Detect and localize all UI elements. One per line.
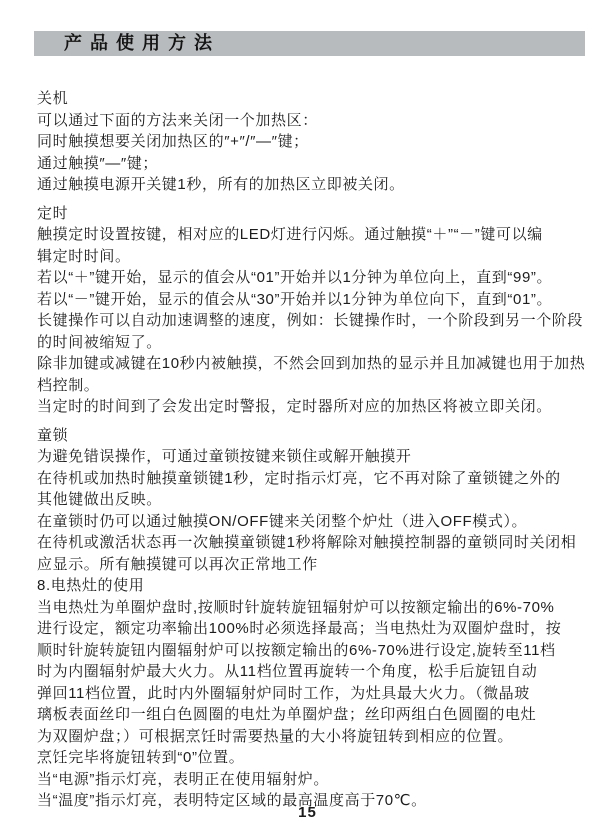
page-content: 关机 可以通过下面的方法来关闭一个加热区： 同时触摸想要关闭加热区的″+″/″—… xyxy=(37,88,615,812)
text-line: 触摸定时设置按键，相对应的LED灯进行闪烁。通过触摸“＋”“－”键可以编 xyxy=(37,224,615,246)
text-line: 为避免错误操作，可通过童锁按键来锁住或解开触摸开 xyxy=(37,446,615,468)
text-line: 通过触摸电源开关键1秒，所有的加热区立即被关闭。 xyxy=(37,174,615,196)
text-line: 在待机或激活状态再一次触摸童锁键1秒将解除对触摸控制器的童锁同时关闭相 xyxy=(37,532,615,554)
text-line: 的时间被缩短了。 xyxy=(37,332,615,354)
text-line: 通过触摸″—″键； xyxy=(37,153,615,175)
text-line: 可以通过下面的方法来关闭一个加热区： xyxy=(37,110,615,132)
text-line: 在童锁时仍可以通过触摸ON/OFF键来关闭整个炉灶（进入OFF模式）。 xyxy=(37,511,615,533)
text-line: 璃板表面丝印一组白色圆圈的电灶为单圈炉盘；丝印两组白色圆圈的电灶 xyxy=(37,704,615,726)
text-line: 烹饪完毕将旋钮转到“0”位置。 xyxy=(37,747,615,769)
text-line: 当“电源”指示灯亮，表明正在使用辐射炉。 xyxy=(37,769,615,791)
text-line: 为双圈炉盘；）可根据烹饪时需要热量的大小将旋钮转到相应的位置。 xyxy=(37,726,615,748)
text-line: 顺时针旋转旋钮内圈辐射炉可以按额定输出的6%-70%进行设定,旋转至11档 xyxy=(37,640,615,662)
page-number: 15 xyxy=(0,804,615,821)
section-timer-heading: 定时 xyxy=(37,203,615,225)
text-line: 长键操作可以自动加速调整的速度，例如：长键操作时，一个阶段到另一个阶段 xyxy=(37,310,615,332)
section-timer: 定时 触摸定时设置按键，相对应的LED灯进行闪烁。通过触摸“＋”“－”键可以编 … xyxy=(37,203,615,418)
section-shutdown: 关机 可以通过下面的方法来关闭一个加热区： 同时触摸想要关闭加热区的″+″/″—… xyxy=(37,88,615,196)
text-line: 其他键做出反映。 xyxy=(37,489,615,511)
text-line: 同时触摸想要关闭加热区的″+″/″—″键； xyxy=(37,131,615,153)
section-electric-stove: 8.电热灶的使用 当电热灶为单圈炉盘时,按顺时针旋转旋钮辐射炉可以按额定输出的6… xyxy=(37,575,615,812)
text-line: 时为内圈辐射炉最大火力。从11档位置再旋转一个角度，松手后旋钮自动 xyxy=(37,661,615,683)
section-electric-stove-heading: 8.电热灶的使用 xyxy=(37,575,615,597)
text-line: 若以“＋”键开始，显示的值会从“01”开始并以1分钟为单位向上，直到“99”。 xyxy=(37,267,615,289)
section-shutdown-heading: 关机 xyxy=(37,88,615,110)
text-line: 除非加键或减键在10秒内被触摸，不然会回到加热的显示并且加减键也用于加热 xyxy=(37,353,615,375)
manual-page: 产品使用方法 关机 可以通过下面的方法来关闭一个加热区： 同时触摸想要关闭加热区… xyxy=(0,0,615,836)
text-line: 当定时的时间到了会发出定时警报，定时器所对应的加热区将被立即关闭。 xyxy=(37,396,615,418)
section-title-bar: 产品使用方法 xyxy=(34,31,585,56)
text-line: 应显示。所有触摸键可以再次正常地工作 xyxy=(37,554,615,576)
text-line: 若以“－”键开始，显示的值会从“30”开始并以1分钟为单位向下，直到“01”。 xyxy=(37,289,615,311)
text-line: 进行设定，额定功率输出100%时必须选择最高；当电热灶为双圈炉盘时，按 xyxy=(37,618,615,640)
page-title: 产品使用方法 xyxy=(64,31,220,56)
section-child-lock-heading: 童锁 xyxy=(37,425,615,447)
text-line: 辑定时时间。 xyxy=(37,246,615,268)
text-line: 当电热灶为单圈炉盘时,按顺时针旋转旋钮辐射炉可以按额定输出的6%-70% xyxy=(37,597,615,619)
text-line: 在待机或加热时触摸童锁键1秒，定时指示灯亮，它不再对除了童锁键之外的 xyxy=(37,468,615,490)
section-child-lock: 童锁 为避免错误操作，可通过童锁按键来锁住或解开触摸开 在待机或加热时触摸童锁键… xyxy=(37,425,615,576)
text-line: 档控制。 xyxy=(37,375,615,397)
text-line: 弹回11档位置，此时内外圈辐射炉同时工作，为灶具最大火力。（微晶玻 xyxy=(37,683,615,705)
